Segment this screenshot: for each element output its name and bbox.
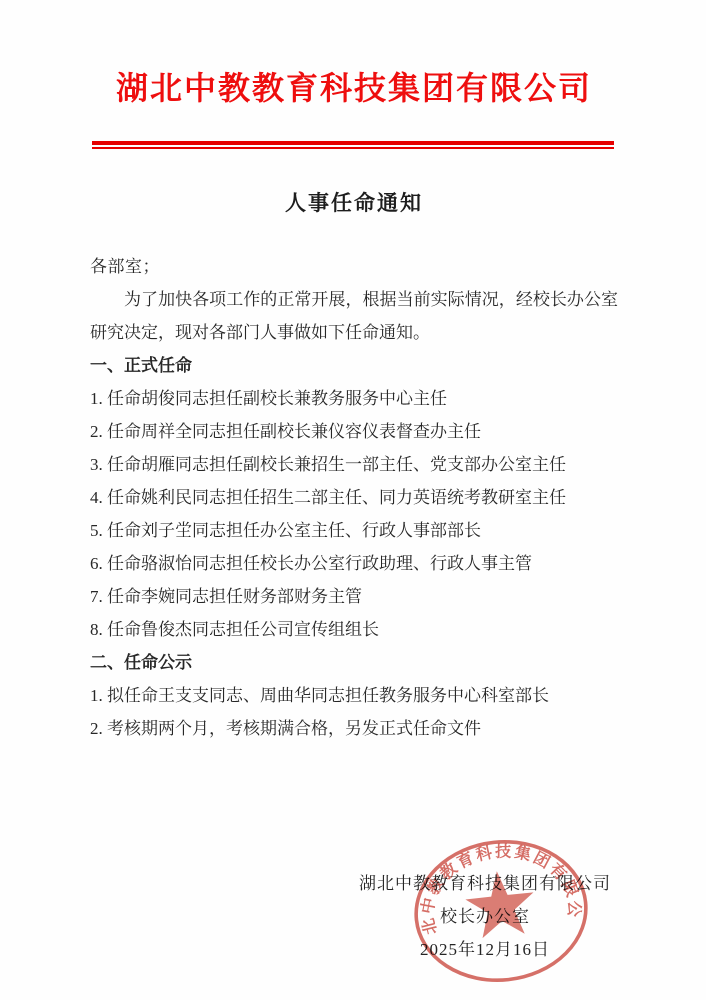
publicity-item: 1. 拟任命王支支同志、周曲华同志担任教务服务中心科室部长 (90, 679, 618, 712)
appointment-item: 4. 任命姚利民同志担任招生二部主任、同力英语统考教研室主任 (90, 481, 618, 514)
signature-department: 校长办公室 (350, 900, 620, 933)
appointment-item: 3. 任命胡雁同志担任副校长兼招生一部主任、党支部办公室主任 (90, 448, 618, 481)
signature-date: 2025年12月16日 (350, 933, 620, 966)
section-heading-appointment-publicity: 二、任命公示 (90, 646, 618, 679)
signature-block: 湖北中教教育科技集团有限公司 校长办公室 2025年12月16日 (350, 867, 620, 966)
salutation: 各部室； (90, 250, 618, 283)
appointment-item: 2. 任命周祥全同志担任副校长兼仪容仪表督查办主任 (90, 415, 618, 448)
appointment-item: 6. 任命骆淑怡同志担任校长办公室行政助理、行政人事主管 (90, 547, 618, 580)
appointment-item: 7. 任命李婉同志担任财务部财务主管 (90, 580, 618, 613)
signature-company: 湖北中教教育科技集团有限公司 (350, 867, 620, 900)
document-title: 人事任命通知 (90, 188, 618, 218)
appointment-item: 8. 任命鲁俊杰同志担任公司宣传组组长 (90, 613, 618, 646)
letterhead-company-name: 湖北中教教育科技集团有限公司 (90, 66, 618, 110)
publicity-item: 2. 考核期两个月，考核期满合格，另发正式任命文件 (90, 712, 618, 745)
appointment-item: 5. 任命刘子坣同志担任办公室主任、行政人事部部长 (90, 514, 618, 547)
document-page: 湖北中教教育科技集团有限公司 人事任命通知 各部室； 为了加快各项工作的正常开展… (0, 0, 706, 1000)
appointment-item: 1. 任命胡俊同志担任副校长兼教务服务中心主任 (90, 382, 618, 415)
intro-paragraph: 为了加快各项工作的正常开展，根据当前实际情况，经校长办公室研究决定，现对各部门人… (90, 283, 618, 349)
letterhead-divider (92, 141, 614, 149)
document-body: 各部室； 为了加快各项工作的正常开展，根据当前实际情况，经校长办公室研究决定，现… (90, 250, 618, 745)
section-heading-formal-appointments: 一、正式任命 (90, 349, 618, 382)
